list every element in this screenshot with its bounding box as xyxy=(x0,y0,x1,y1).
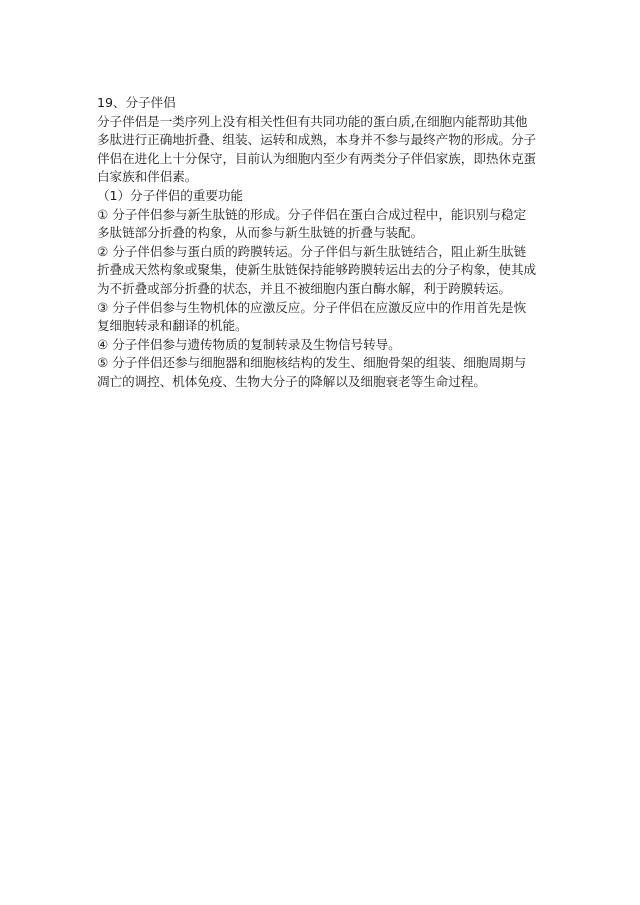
section-heading: 19、分子伴侣 xyxy=(97,94,547,113)
text-line: ⑤ 分子伴侣还参与细胞器和细胞核结构的发生、细胞骨架的组装、细胞周期与 xyxy=(97,354,547,373)
function-item-5: ⑤ 分子伴侣还参与细胞器和细胞核结构的发生、细胞骨架的组装、细胞周期与 凋亡的调… xyxy=(97,354,547,391)
text-line: 分子伴侣是一类序列上没有相关性但有共同功能的蛋白质,在细胞内能帮助其他 xyxy=(97,113,547,132)
text-line: 复细胞转录和翻译的机能。 xyxy=(97,317,547,336)
text-line: 折叠成天然构象或聚集，使新生肽链保持能够跨膜转运出去的分子构象，使其成 xyxy=(97,261,547,280)
text-line: ① 分子伴侣参与新生肽链的形成。分子伴侣在蛋白合成过程中，能识别与稳定 xyxy=(97,206,547,225)
text-line: ④ 分子伴侣参与遗传物质的复制转录及生物信号转导。 xyxy=(97,336,547,355)
function-item-3: ③ 分子伴侣参与生物机体的应激反应。分子伴侣在应激反应中的作用首先是恢 复细胞转… xyxy=(97,299,547,336)
text-line: 多肽链部分折叠的构象，从而参与新生肽链的折叠与装配。 xyxy=(97,224,547,243)
function-item-2: ② 分子伴侣参与蛋白质的跨膜转运。分子伴侣与新生肽链结合，阻止新生肽链 折叠成天… xyxy=(97,243,547,299)
function-item-4: ④ 分子伴侣参与遗传物质的复制转录及生物信号转导。 xyxy=(97,336,547,355)
text-line: ② 分子伴侣参与蛋白质的跨膜转运。分子伴侣与新生肽链结合，阻止新生肽链 xyxy=(97,243,547,262)
text-line: ③ 分子伴侣参与生物机体的应激反应。分子伴侣在应激反应中的作用首先是恢 xyxy=(97,299,547,318)
intro-paragraph: 分子伴侣是一类序列上没有相关性但有共同功能的蛋白质,在细胞内能帮助其他 多肽进行… xyxy=(97,113,547,187)
text-line: 为不折叠或部分折叠的状态，并且不被细胞内蛋白酶水解，利于跨膜转运。 xyxy=(97,280,547,299)
document-page: 19、分子伴侣 分子伴侣是一类序列上没有相关性但有共同功能的蛋白质,在细胞内能帮… xyxy=(97,94,547,392)
text-line: 伴侣在进化上十分保守，目前认为细胞内至少有两类分子伴侣家族，即热休克蛋 xyxy=(97,150,547,169)
subheading: （1）分子伴侣的重要功能 xyxy=(97,187,547,206)
text-line: 凋亡的调控、机体免疫、生物大分子的降解以及细胞衰老等生命过程。 xyxy=(97,373,547,392)
function-item-1: ① 分子伴侣参与新生肽链的形成。分子伴侣在蛋白合成过程中，能识别与稳定 多肽链部… xyxy=(97,206,547,243)
text-line: 多肽进行正确地折叠、组装、运转和成熟，本身并不参与最终产物的形成。分子 xyxy=(97,131,547,150)
text-line: 白家族和伴侣素。 xyxy=(97,168,547,187)
